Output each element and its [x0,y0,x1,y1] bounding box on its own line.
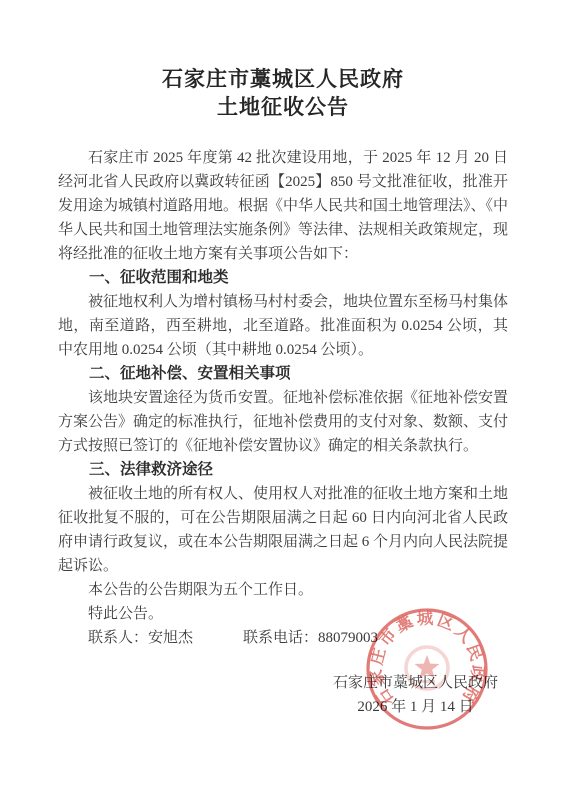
announcement-document: 石家庄市藁城区人民政府 土地征收公告 石家庄市 2025 年度第 42 批次建设… [0,0,566,800]
document-body: 石家庄市 2025 年度第 42 批次建设用地，于 2025 年 12 月 20… [58,146,508,719]
document-title: 石家庄市藁城区人民政府 土地征收公告 [58,66,508,122]
section-3-heading: 三、法律救济途径 [58,458,508,482]
title-line-subject: 土地征收公告 [58,94,508,122]
title-line-issuer: 石家庄市藁城区人民政府 [58,66,508,94]
hereby-announce-line: 特此公告。 [58,602,508,626]
section-1-body: 被征地权利人为增村镇杨马村村委会，地块位置东至杨马村集体地，南至道路，西至耕地，… [58,290,508,362]
contact-phone-label: 联系电话： [243,630,318,646]
signature-issuer: 石家庄市藁城区人民政府 [333,671,498,695]
section-3-body: 被征收土地的所有权人、使用权人对批准的征收土地方案和土地征收批复不服的，可在公告… [58,482,508,578]
section-2-body: 该地块安置途径为货币安置。征地补偿标准依据《征地补偿安置方案公告》确定的标准执行… [58,386,508,458]
contact-person-name: 安旭杰 [148,630,193,646]
signature-block: 石家庄市藁城区人民政府 2026 年 1 月 14 日 [333,671,498,719]
contact-line: 联系人：安旭杰联系电话：88079003 [58,626,508,650]
section-1-heading: 一、征收范围和地类 [58,266,508,290]
section-2-heading: 二、征地补偿、安置相关事项 [58,362,508,386]
signature-row: 石家庄市藁城区人民政府 2026 年 1 月 14 日 [58,671,498,719]
notice-period-line: 本公告的公告期限为五个工作日。 [58,578,508,602]
intro-paragraph: 石家庄市 2025 年度第 42 批次建设用地，于 2025 年 12 月 20… [58,146,508,266]
signature-date: 2026 年 1 月 14 日 [333,695,498,719]
contact-person-label: 联系人： [88,630,148,646]
contact-phone-number: 88079003 [318,630,378,646]
